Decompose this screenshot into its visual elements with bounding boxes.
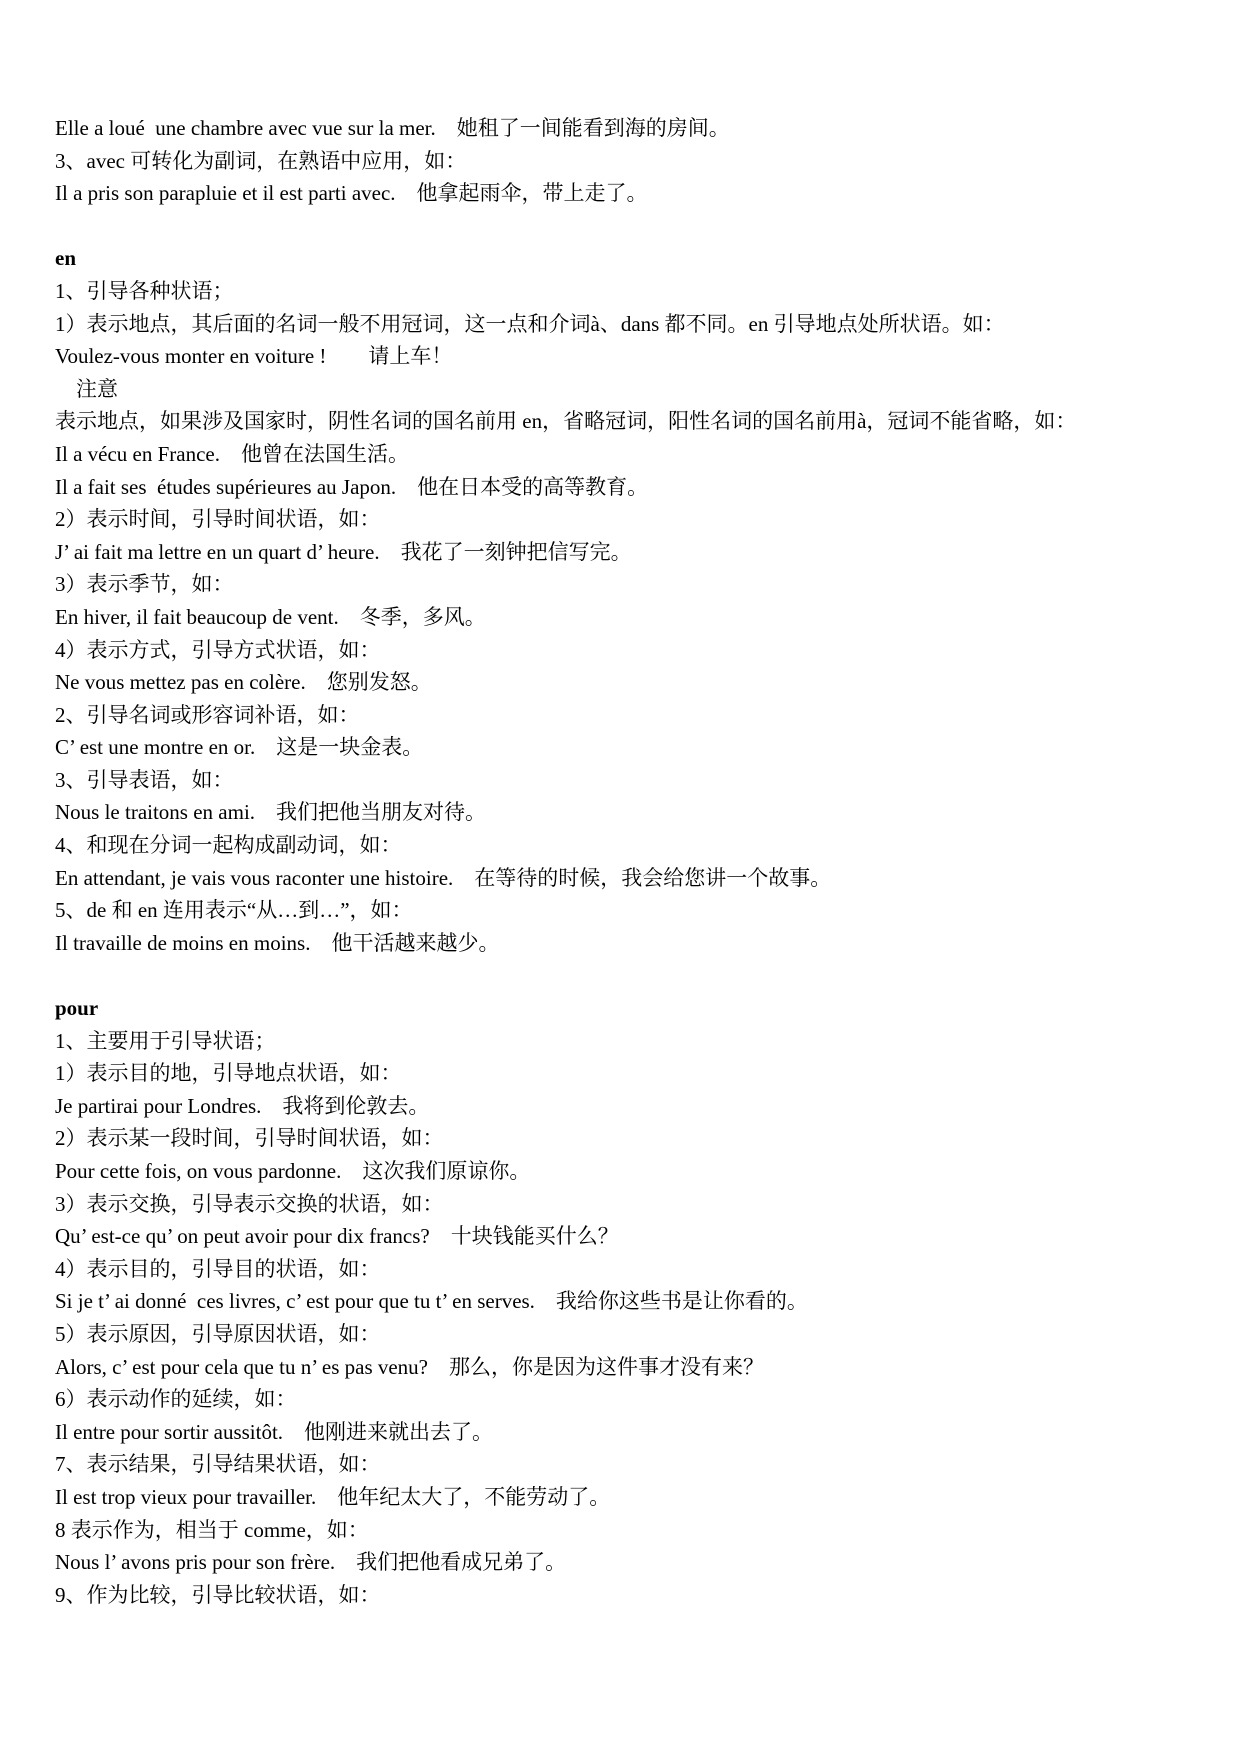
document-line: Il entre pour sortir aussitôt. 他刚进来就出去了。 bbox=[55, 1416, 1203, 1449]
document-line: 7、表示结果，引导结果状语，如： bbox=[55, 1448, 1203, 1481]
document-line: Ne vous mettez pas en colère. 您别发怒。 bbox=[55, 666, 1203, 699]
document-line: Nous le traitons en ami. 我们把他当朋友对待。 bbox=[55, 796, 1203, 829]
document-line: 5、de 和 en 连用表示“从…到…”，如： bbox=[55, 894, 1203, 927]
blank-line bbox=[55, 210, 1203, 243]
document-line: Il a pris son parapluie et il est parti … bbox=[55, 177, 1203, 210]
document-line: 2）表示时间，引导时间状语，如： bbox=[55, 503, 1203, 536]
document-line: 4、和现在分词一起构成副动词，如： bbox=[55, 829, 1203, 862]
document-line: Elle a loué une chambre avec vue sur la … bbox=[55, 112, 1203, 145]
document-line: Nous l’ avons pris pour son frère. 我们把他看… bbox=[55, 1546, 1203, 1579]
document-line: J’ ai fait ma lettre en un quart d’ heur… bbox=[55, 536, 1203, 569]
document-line: 6）表示动作的延续，如： bbox=[55, 1383, 1203, 1416]
document-line: 5）表示原因，引导原因状语，如： bbox=[55, 1318, 1203, 1351]
document-line: Il est trop vieux pour travailler. 他年纪太大… bbox=[55, 1481, 1203, 1514]
document-line: En attendant, je vais vous raconter une … bbox=[55, 862, 1203, 895]
document-body: Elle a loué une chambre avec vue sur la … bbox=[55, 112, 1203, 1611]
document-line: Je partirai pour Londres. 我将到伦敦去。 bbox=[55, 1090, 1203, 1123]
document-line: 4）表示目的，引导目的状语，如： bbox=[55, 1253, 1203, 1286]
blank-line bbox=[55, 959, 1203, 992]
document-line: 1）表示目的地，引导地点状语，如： bbox=[55, 1057, 1203, 1090]
document-line: Il a fait ses études supérieures au Japo… bbox=[55, 471, 1203, 504]
document-line: Voulez-vous monter en voiture ! 请上车！ bbox=[55, 340, 1203, 373]
document-line: 表示地点，如果涉及国家时，阴性名词的国名前用 en，省略冠词，阳性名词的国名前用… bbox=[55, 405, 1203, 438]
document-line: 9、作为比较，引导比较状语，如： bbox=[55, 1579, 1203, 1612]
document-line: 1）表示地点，其后面的名词一般不用冠词，这一点和介词à、dans 都不同。en … bbox=[55, 308, 1203, 341]
document-line: 4）表示方式，引导方式状语，如： bbox=[55, 634, 1203, 667]
document-line: Si je t’ ai donné ces livres, c’ est pou… bbox=[55, 1285, 1203, 1318]
section-heading: pour bbox=[55, 992, 1203, 1025]
document-line: 2、引导名词或形容词补语，如： bbox=[55, 699, 1203, 732]
document-line: 3、avec 可转化为副词，在熟语中应用，如： bbox=[55, 145, 1203, 178]
document-line: Pour cette fois, on vous pardonne. 这次我们原… bbox=[55, 1155, 1203, 1188]
document-line: 3）表示交换，引导表示交换的状语，如： bbox=[55, 1188, 1203, 1221]
document-line: 8 表示作为，相当于 comme，如： bbox=[55, 1514, 1203, 1547]
document-line: 注意 bbox=[55, 373, 1203, 406]
document-line: Alors, c’ est pour cela que tu n’ es pas… bbox=[55, 1351, 1203, 1384]
document-line: Qu’ est-ce qu’ on peut avoir pour dix fr… bbox=[55, 1220, 1203, 1253]
document-line: C’ est une montre en or. 这是一块金表。 bbox=[55, 731, 1203, 764]
document-line: 2）表示某一段时间，引导时间状语，如： bbox=[55, 1122, 1203, 1155]
section-heading: en bbox=[55, 242, 1203, 275]
document-line: Il travaille de moins en moins. 他干活越来越少。 bbox=[55, 927, 1203, 960]
document-line: Il a vécu en France. 他曾在法国生活。 bbox=[55, 438, 1203, 471]
document-page: Elle a loué une chambre avec vue sur la … bbox=[0, 0, 1241, 1754]
document-line: En hiver, il fait beaucoup de vent. 冬季，多… bbox=[55, 601, 1203, 634]
document-line: 3）表示季节，如： bbox=[55, 568, 1203, 601]
document-line: 1、主要用于引导状语； bbox=[55, 1025, 1203, 1058]
document-line: 1、引导各种状语； bbox=[55, 275, 1203, 308]
document-line: 3、引导表语，如： bbox=[55, 764, 1203, 797]
